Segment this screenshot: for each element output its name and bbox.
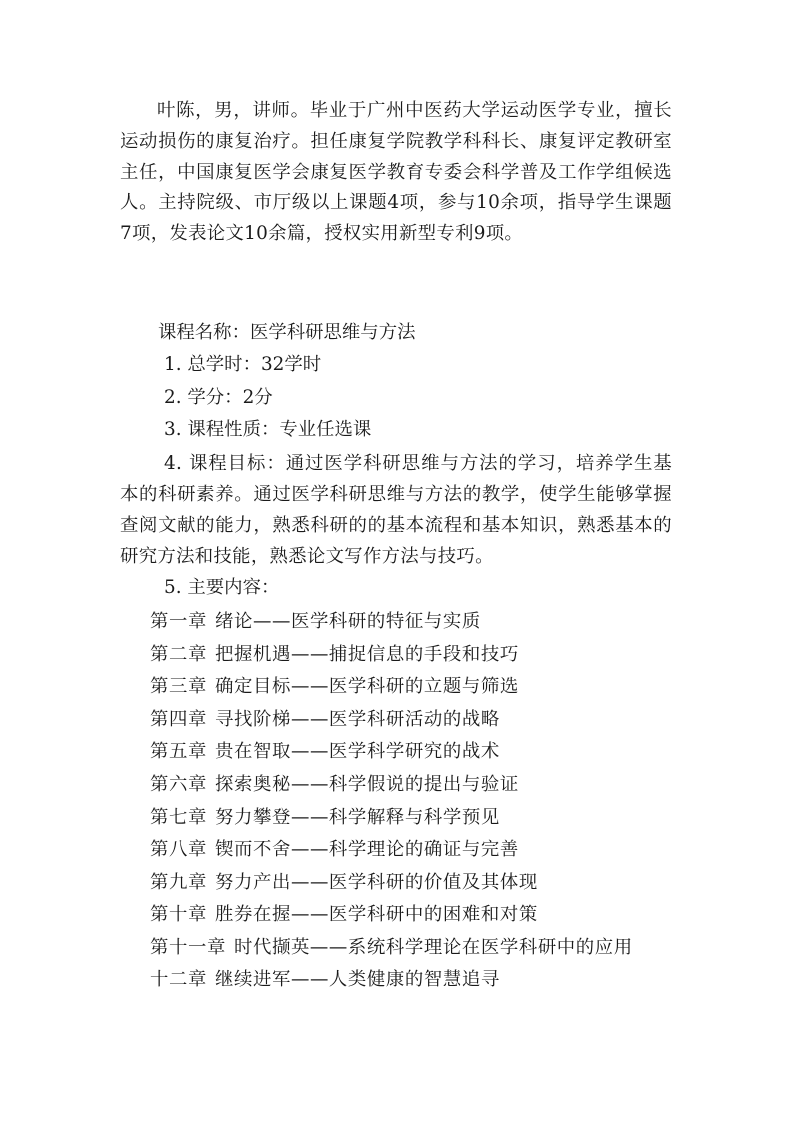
chapter-item: 第一章绪论——医学科研的特征与实质 (120, 606, 672, 639)
chapter-title: 胜券在握——医学科研中的困难和对策 (215, 904, 538, 925)
course-type: 3. 课程性质：专业任选课 (120, 414, 672, 446)
chapter-item: 第十一章时代撷英——系统科学理论在医学科研中的应用 (120, 932, 672, 965)
course-credits: 2. 学分：2分 (120, 382, 672, 414)
course-goal: 4. 课程目标：通过医学科研思维与方法的学习，培养学生基本的科研素养。通过医学科… (120, 448, 672, 572)
chapter-item: 第三章确定目标——医学科研的立题与筛选 (120, 671, 672, 704)
chapter-number: 第四章 (150, 709, 207, 730)
chapter-item: 第五章贵在智取——医学科学研究的战术 (120, 736, 672, 769)
chapter-number: 第一章 (150, 611, 207, 632)
chapter-title: 时代撷英——系统科学理论在医学科研中的应用 (234, 937, 633, 958)
chapter-number: 第六章 (150, 774, 207, 795)
chapter-number: 第三章 (150, 676, 207, 697)
chapter-item: 第六章探索奥秘——科学假说的提出与验证 (120, 769, 672, 802)
instructor-bio: 叶陈，男，讲师。毕业于广州中医药大学运动医学专业，擅长运动损伤的康复治疗。担任康… (120, 96, 672, 250)
chapter-title: 绪论——医学科研的特征与实质 (215, 611, 481, 632)
course-section: 课程名称：医学科研思维与方法 1. 总学时：32学时 2. 学分：2分 3. 课… (120, 317, 672, 997)
chapter-item: 第四章寻找阶梯——医学科研活动的战略 (120, 704, 672, 737)
course-hours: 1. 总学时：32学时 (120, 349, 672, 381)
chapter-title: 贵在智取——医学科学研究的战术 (215, 741, 500, 762)
chapter-title: 寻找阶梯——医学科研活动的战略 (215, 709, 500, 730)
chapter-title: 把握机遇——捕捉信息的手段和技巧 (215, 644, 519, 665)
chapter-title: 确定目标——医学科研的立题与筛选 (215, 676, 519, 697)
chapter-item: 第七章努力攀登——科学解释与科学预见 (120, 802, 672, 835)
course-name: 课程名称：医学科研思维与方法 (120, 317, 672, 349)
chapter-number: 第十一章 (150, 937, 226, 958)
chapter-number: 第七章 (150, 807, 207, 828)
chapter-title: 锲而不舍——科学理论的确证与完善 (215, 839, 519, 860)
chapter-item: 第二章把握机遇——捕捉信息的手段和技巧 (120, 639, 672, 672)
chapter-title: 努力攀登——科学解释与科学预见 (215, 807, 500, 828)
chapter-item: 第八章锲而不舍——科学理论的确证与完善 (120, 834, 672, 867)
course-content-label: 5. 主要内容： (120, 572, 672, 604)
chapter-title: 探索奥秘——科学假说的提出与验证 (215, 774, 519, 795)
chapter-number: 第五章 (150, 741, 207, 762)
chapter-number: 第十章 (150, 904, 207, 925)
chapter-item: 十二章继续进军——人类健康的智慧追寻 (120, 964, 672, 997)
chapter-item: 第十章胜券在握——医学科研中的困难和对策 (120, 899, 672, 932)
chapter-title: 继续进军——人类健康的智慧追寻 (215, 969, 500, 990)
chapter-number: 第八章 (150, 839, 207, 860)
chapter-number: 十二章 (150, 969, 207, 990)
chapter-title: 努力产出——医学科研的价值及其体现 (215, 872, 538, 893)
chapter-list: 第一章绪论——医学科研的特征与实质 第二章把握机遇——捕捉信息的手段和技巧 第三… (120, 606, 672, 997)
chapter-number: 第九章 (150, 872, 207, 893)
chapter-item: 第九章努力产出——医学科研的价值及其体现 (120, 867, 672, 900)
document-page: 叶陈，男，讲师。毕业于广州中医药大学运动医学专业，擅长运动损伤的康复治疗。担任康… (0, 0, 793, 1122)
chapter-number: 第二章 (150, 644, 207, 665)
